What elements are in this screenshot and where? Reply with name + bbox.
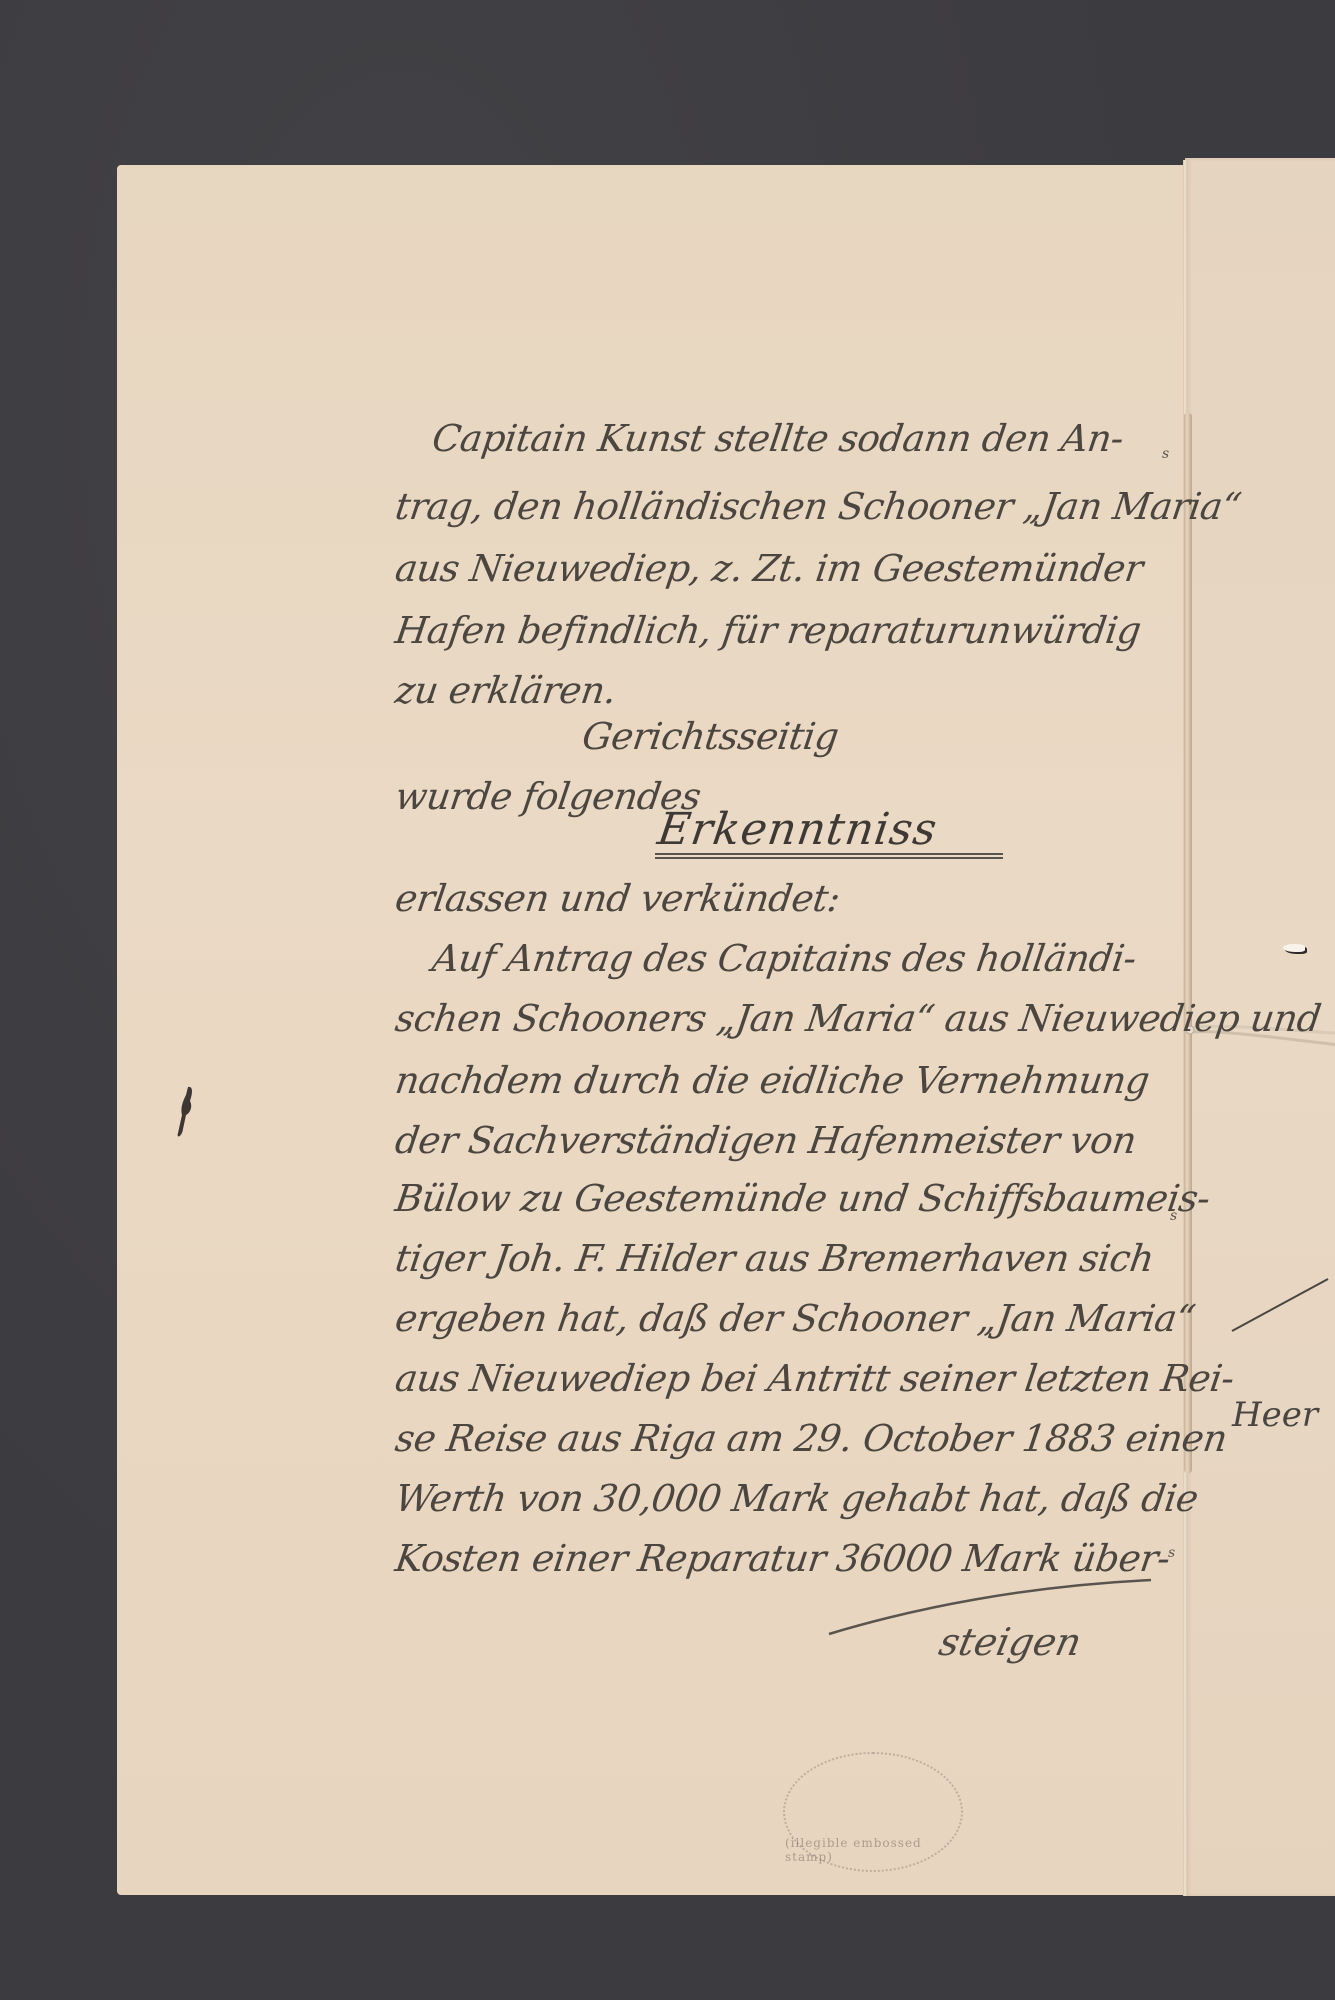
embossed-stamp: (illegible embossed stamp) — [783, 1752, 963, 1872]
body-line-4: der Sachverständigen Hafenmeister von — [393, 1122, 1138, 1159]
text-wurde-folgendes: wurde folgendes — [393, 778, 703, 815]
hyphen-mark: s — [1170, 1208, 1177, 1224]
text-line-5: zu erklären. — [393, 672, 618, 709]
text-line-1: Capitain Kunst stellte sodann den An- — [430, 420, 1126, 457]
body-line-7: ergeben hat, daß der Schooner „Jan Maria… — [393, 1300, 1197, 1337]
body-line-11: Kosten einer Reparatur 36000 Mark über- — [393, 1540, 1172, 1577]
ink-blot — [176, 1085, 198, 1141]
heading-double-underline — [655, 853, 1003, 859]
hyphen-mark: s — [1168, 1545, 1175, 1561]
text-line-4: Hafen befindlich, für reparaturunwürdig — [393, 612, 1143, 649]
text-line-2: trag, den holländischen Schooner „Jan Ma… — [393, 488, 1243, 525]
body-line-3: nachdem durch die eidliche Vernehmung — [393, 1062, 1151, 1099]
paper-tear-mark — [1283, 944, 1305, 952]
body-line-1: Auf Antrag des Capitains des holländi- — [430, 940, 1138, 977]
body-line-10: Werth von 30,000 Mark gehabt hat, daß di… — [393, 1480, 1200, 1517]
body-line-6: tiger Joh. F. Hilder aus Bremerhaven sic… — [393, 1240, 1156, 1277]
text-gerichtsseitig: Gerichtsseitig — [580, 718, 841, 755]
right-page-stroke — [1228, 1275, 1335, 1335]
text-line-3: aus Nieuwediep, z. Zt. im Geestemünder — [393, 550, 1145, 587]
closing-word-steigen: steigen — [935, 1620, 1085, 1664]
right-page-word: Heer — [1232, 1395, 1318, 1435]
body-line-5: Bülow zu Geestemünde und Schiffsbaumeis- — [393, 1180, 1212, 1217]
heading-erkenntniss: Erkenntniss — [655, 808, 940, 852]
body-line-8: aus Nieuwediep bei Antritt seiner letzte… — [393, 1360, 1236, 1397]
text-erlassen: erlassen und verkündet: — [393, 880, 842, 917]
body-line-2: schen Schooners „Jan Maria“ aus Nieuwedi… — [393, 1000, 1323, 1037]
hyphen-mark: s — [1162, 446, 1169, 462]
body-line-9: se Reise aus Riga am 29. October 1883 ei… — [393, 1420, 1229, 1457]
